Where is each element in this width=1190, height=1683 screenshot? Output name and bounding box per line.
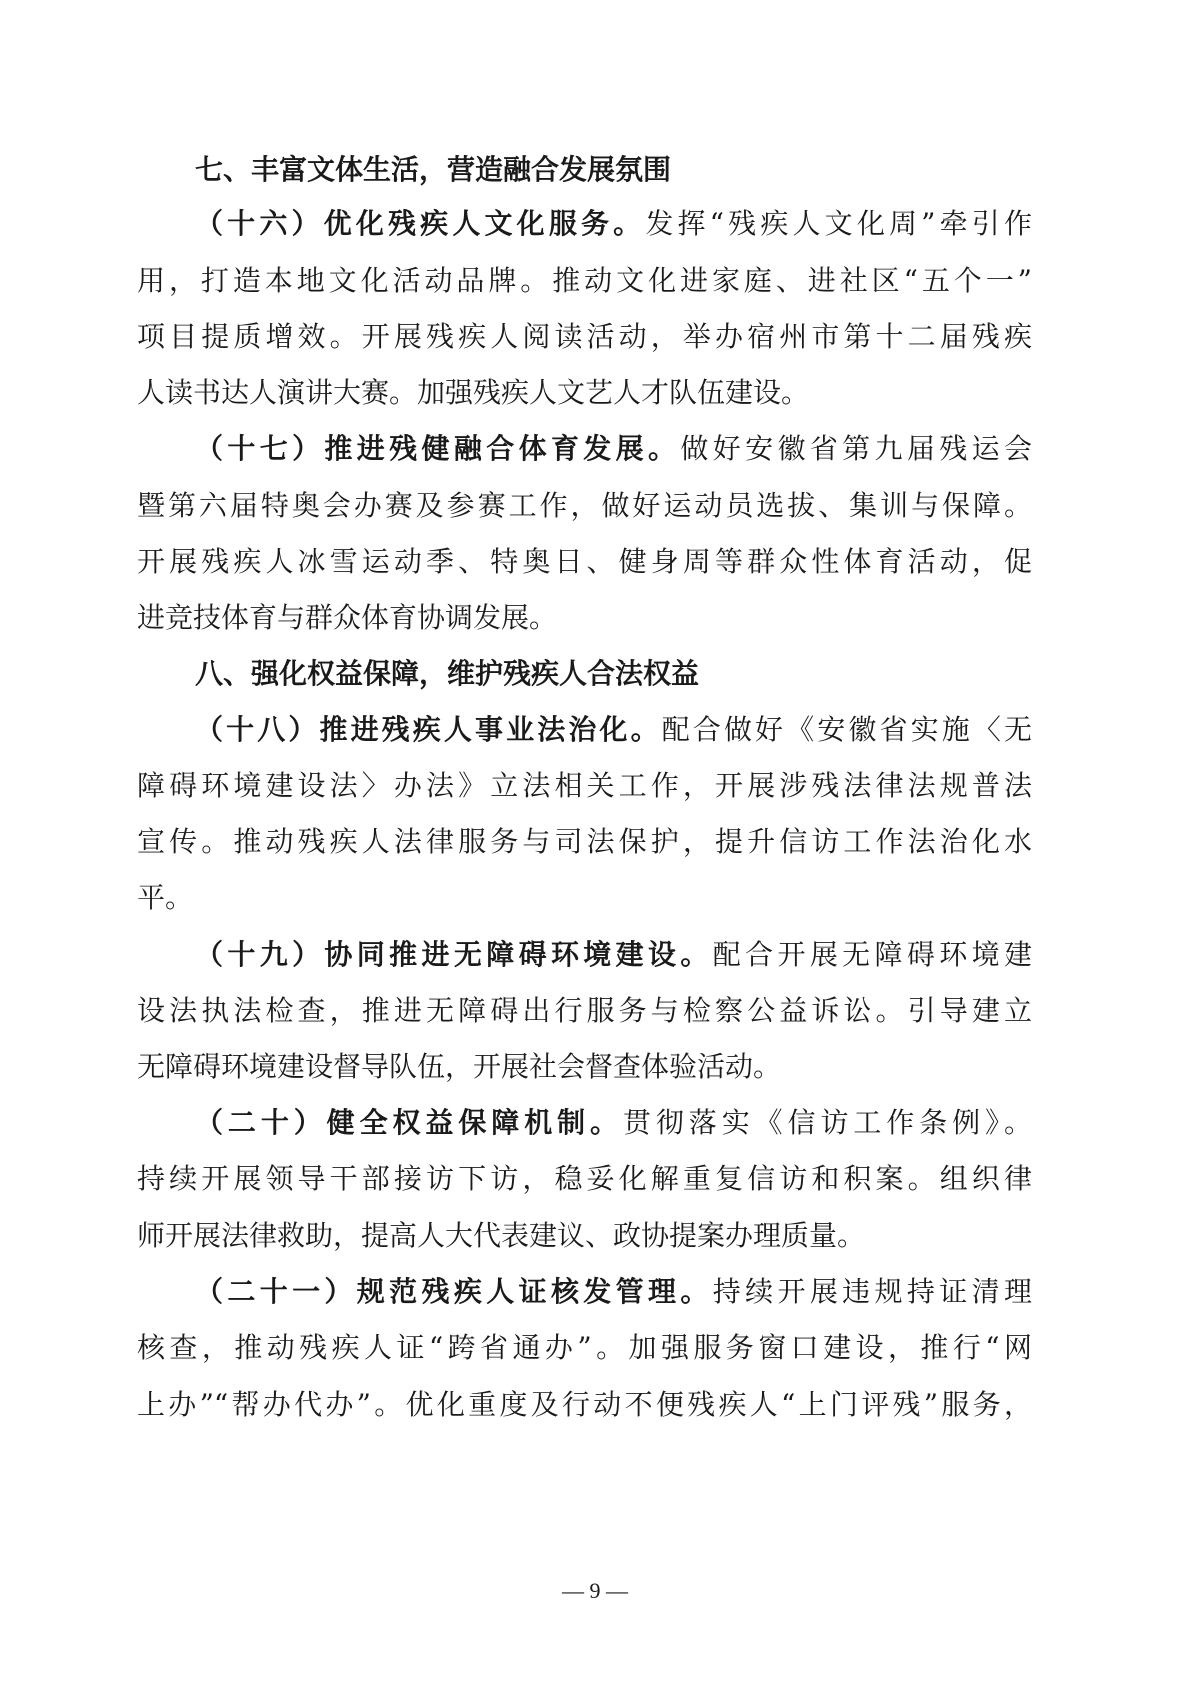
paragraph-16-line-4: 人读书达人演讲大赛。加强残疾人文艺人才队伍建设。 — [137, 373, 1032, 413]
paragraph-18-line-4: 平。 — [137, 878, 1032, 918]
paragraph-19-line-3: 无障碍环境建设督导队伍，开展社会督查体验活动。 — [137, 1047, 1032, 1087]
paragraph-17-line-1: （十七）推进残健融合体育发展。做好安徽省第九届残运会 — [195, 429, 1032, 469]
paragraph-16-line-3: 项目提质增效。开展残疾人阅读活动，举办宿州市第十二届残疾 — [137, 317, 1032, 357]
paragraph-17-line-4: 进竞技体育与群众体育协调发展。 — [137, 598, 1032, 638]
paragraph-16-text: 发挥“残疾人文化周”牵引作 — [645, 207, 1032, 240]
paragraph-16-line-2: 用，打造本地文化活动品牌。推动文化进家庭、进社区“五个一” — [137, 261, 1032, 301]
paragraph-19-text: 配合开展无障碍环境建 — [713, 938, 1032, 971]
section-heading-7: 七、丰富文体生活，营造融合发展氛围 — [195, 150, 671, 190]
paragraph-19-line-2: 设法执法检查，推进无障碍出行服务与检察公益诉讼。引导建立 — [137, 991, 1032, 1031]
paragraph-19-lead: （十九）协同推进无障碍环境建设。 — [195, 938, 713, 971]
paragraph-20-line-3: 师开展法律救助，提高人大代表建议、政协提案办理质量。 — [137, 1216, 1032, 1256]
paragraph-21-lead: （二十一）规范残疾人证核发管理。 — [195, 1275, 713, 1308]
paragraph-18-text: 配合做好《安徽省实施〈无 — [662, 713, 1032, 746]
paragraph-20-line-2: 持续开展领导干部接访下访，稳妥化解重复信访和积案。组织律 — [137, 1159, 1032, 1199]
document-page: 七、丰富文体生活，营造融合发展氛围 （十六）优化残疾人文化服务。发挥“残疾人文化… — [0, 0, 1190, 1683]
paragraph-17-text: 做好安徽省第九届残运会 — [680, 432, 1032, 465]
paragraph-19-line-1: （十九）协同推进无障碍环境建设。配合开展无障碍环境建 — [195, 935, 1032, 975]
paragraph-18-line-2: 障碍环境建设法〉办法》立法相关工作，开展涉残法律法规普法 — [137, 766, 1032, 806]
paragraph-18-line-1: （十八）推进残疾人事业法治化。配合做好《安徽省实施〈无 — [195, 710, 1032, 750]
paragraph-18-line-3: 宣传。推动残疾人法律服务与司法保护，提升信访工作法治化水 — [137, 822, 1032, 862]
page-number: — 9 — — [0, 1576, 1190, 1606]
paragraph-20-text: 贯彻落实《信访工作条例》。 — [623, 1106, 1032, 1139]
paragraph-21-line-2: 核查，推动残疾人证“跨省通办”。加强服务窗口建设，推行“网 — [137, 1328, 1032, 1368]
paragraph-16-line-1: （十六）优化残疾人文化服务。发挥“残疾人文化周”牵引作 — [195, 204, 1032, 244]
paragraph-18-lead: （十八）推进残疾人事业法治化。 — [195, 713, 662, 746]
paragraph-17-line-2: 暨第六届特奥会办赛及参赛工作，做好运动员选拔、集训与保障。 — [137, 486, 1032, 526]
paragraph-20-lead: （二十）健全权益保障机制。 — [195, 1106, 623, 1139]
paragraph-17-lead: （十七）推进残健融合体育发展。 — [195, 432, 680, 465]
section-heading-8: 八、强化权益保障，维护残疾人合法权益 — [195, 654, 699, 694]
paragraph-20-line-1: （二十）健全权益保障机制。贯彻落实《信访工作条例》。 — [195, 1103, 1032, 1143]
paragraph-17-line-3: 开展残疾人冰雪运动季、特奥日、健身周等群众性体育活动，促 — [137, 542, 1032, 582]
paragraph-16-lead: （十六）优化残疾人文化服务。 — [195, 207, 645, 240]
paragraph-21-line-3: 上办”“帮办代办”。优化重度及行动不便残疾人“上门评残”服务， — [137, 1385, 1032, 1425]
paragraph-21-text: 持续开展违规持证清理 — [713, 1275, 1032, 1308]
paragraph-21-line-1: （二十一）规范残疾人证核发管理。持续开展违规持证清理 — [195, 1272, 1032, 1312]
